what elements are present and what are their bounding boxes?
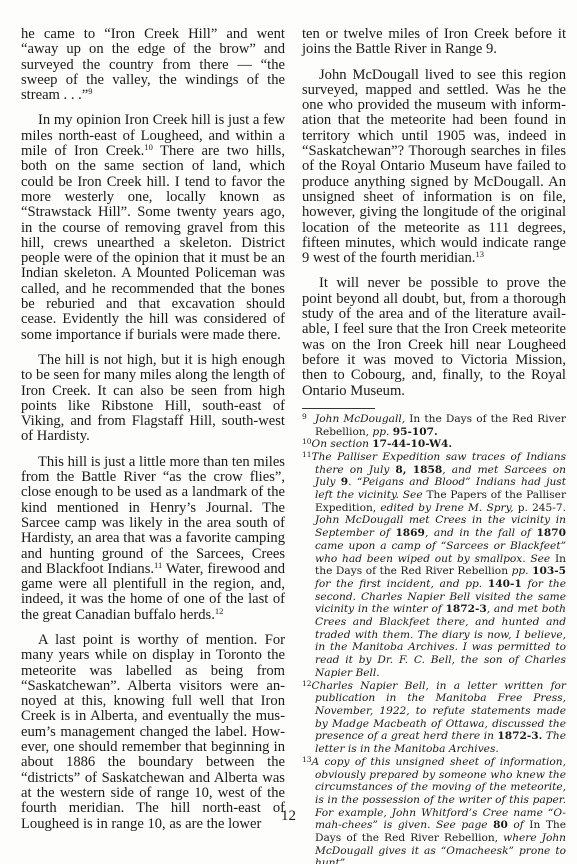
document-page: he came to “Iron Creek Hill” and went “a… [0, 0, 577, 864]
paragraph-text: he came to “Iron Creek Hill” and went “a… [21, 26, 285, 103]
paragraph: A last point is worthy of mention. For m… [21, 633, 285, 832]
paragraph-text: It will never be possible to prove the p… [302, 275, 566, 398]
footnote-ref[interactable]: 10 [144, 142, 153, 152]
footnote-11: 11The Palliser Expedition saw traces of … [302, 451, 566, 680]
right-body: ten or twelve miles of Iron Creek before… [302, 27, 566, 399]
footnote-text: pp. [372, 426, 392, 438]
paragraph-text: This hill is just a little more than ten… [21, 454, 285, 577]
footnote-10: 10On section 17-44-10-W4. [302, 438, 566, 451]
footnote-text: 17-44-10-W4. [372, 438, 452, 450]
footnote-text: for the first incident, and pp. [315, 578, 488, 590]
paragraph: In my opinion Iron Creek hill is just a … [21, 113, 285, 342]
footnote-text: 1869 [395, 527, 425, 539]
footnote-text: , and in the fall of [425, 527, 537, 539]
footnote-text: 1872-3 [445, 603, 486, 615]
footnote-9: 9 John McDougall, In the Days of the Red… [302, 413, 566, 438]
footnote-12: 12Charles Napier Bell, in a letter writt… [302, 680, 566, 756]
footnote-separator [302, 408, 375, 409]
paragraph: John McDougall lived to see this region … [302, 68, 566, 267]
footnote-text: edited by Irene M. Spry, [380, 502, 517, 514]
footnote-text: 1870 [537, 527, 567, 539]
paragraph: It will never be possible to prove the p… [302, 276, 566, 398]
page-number: 12 [0, 808, 577, 825]
footnote-ref[interactable]: 13 [475, 249, 484, 259]
left-column: he came to “Iron Creek Hill” and went “a… [21, 27, 285, 842]
footnote-ref[interactable]: 11 [154, 560, 162, 570]
footnote-text: John McDougall, [315, 413, 409, 425]
footnote-text: 1872-3. [497, 730, 542, 742]
paragraph-text: A last point is worthy of mention. For m… [21, 632, 285, 832]
footnote-text: On section [312, 438, 373, 450]
paragraph: he came to “Iron Creek Hill” and went “a… [21, 27, 285, 103]
footnote-text: 95-107. [393, 426, 438, 438]
footnote-text: 103-5 [532, 565, 566, 577]
footnote-text: came upon a camp of “Sarcees or Blackfee… [315, 540, 566, 565]
footnote-text: 8, 1858 [395, 464, 442, 476]
footnote-text: pp. [512, 565, 533, 577]
footnote-text: p. 245-7. [518, 502, 566, 514]
paragraph-text: The hill is not high, but it is high eno… [21, 352, 285, 444]
footnote-ref[interactable]: 12 [215, 606, 224, 616]
paragraph: ten or twelve miles of Iron Creek before… [302, 27, 566, 58]
paragraph-text: ten or twelve miles of Iron Creek before… [302, 26, 566, 57]
footnote-ref[interactable]: 9 [88, 86, 92, 96]
paragraph: This hill is just a little more than ten… [21, 455, 285, 623]
right-column: ten or twelve miles of Iron Creek before… [302, 27, 566, 864]
footnotes: 9 John McDougall, In the Days of the Red… [302, 413, 566, 864]
paragraph-text: There are two hills, both on the same se… [21, 143, 285, 343]
paragraph-text: John McDougall lived to see this region … [302, 67, 566, 267]
footnote-text: 140-1 [488, 578, 522, 590]
paragraph: The hill is not high, but it is high eno… [21, 353, 285, 445]
